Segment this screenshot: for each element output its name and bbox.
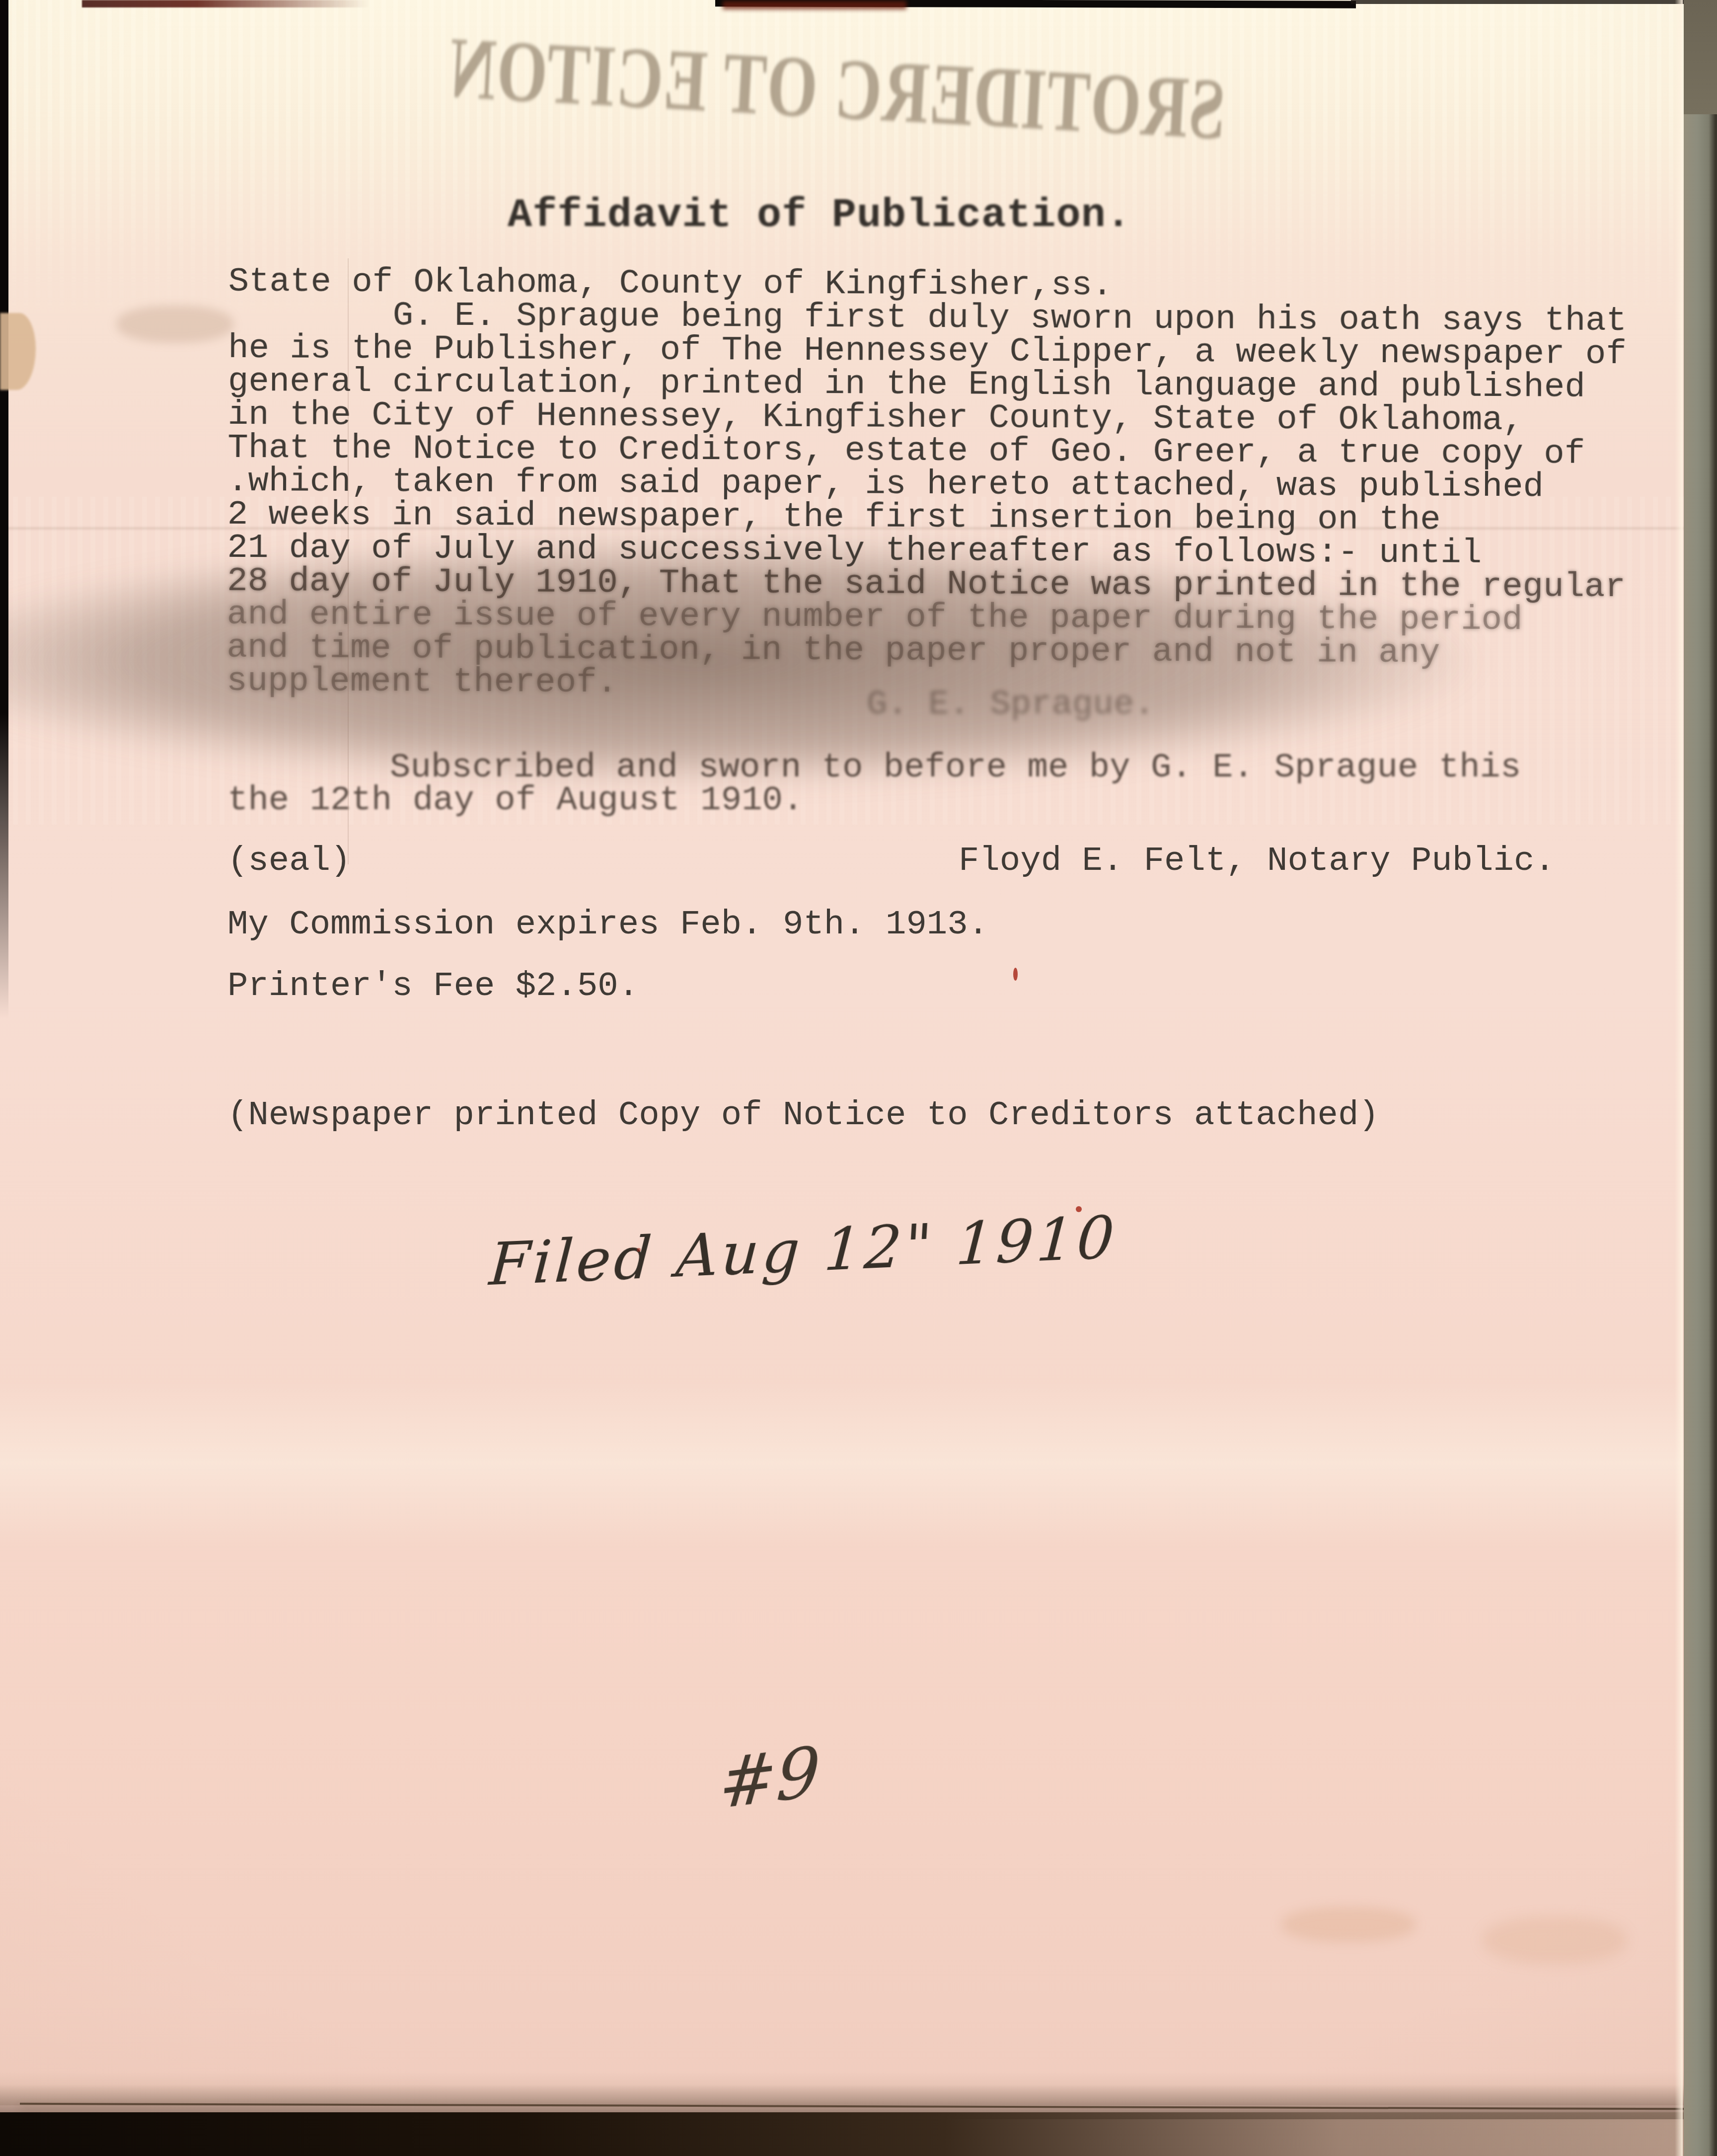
notary-name: Floyd E. Felt, Notary Public.: [959, 845, 1555, 878]
right-backing-strip: [1684, 114, 1717, 2156]
left-edge-torn-notch: [0, 313, 36, 390]
red-ink-speck: [1076, 1206, 1082, 1212]
affidavit-heading: Affidavit of Publication.: [508, 199, 1131, 232]
fold-shadow-band: [0, 507, 1674, 815]
bleed-smudge-left-margin: [117, 306, 233, 343]
commission-expiry-line: My Commission expires Feb. 9th. 1913.: [227, 908, 988, 941]
exhibit-number-handwriting: #9: [717, 1731, 821, 1824]
bottom-edge-shadow: [0, 2112, 1717, 2156]
top-edge-red-mark: [82, 0, 370, 7]
printer-fee-line: Printer's Fee $2.50.: [227, 970, 639, 1003]
fold-light-band: [0, 1381, 1717, 1545]
red-ink-speck: [637, 1248, 641, 1252]
top-right-edge-strip: [1351, 0, 1717, 4]
right-paper-edge-highlight: [1675, 0, 1683, 2156]
scan-seam-line: [348, 258, 349, 864]
red-ink-speck: [1013, 968, 1018, 981]
left-edge-dark-strip: [0, 0, 8, 1018]
seal-label: (seal): [227, 845, 351, 878]
filed-date-handwriting: Filed Aug 12" 1910: [487, 1202, 1119, 1299]
scanned-affidavit-page: SROTIDERC OT ECITON Affidavit of Publica…: [0, 0, 1717, 2156]
bleed-smudge-bottom-2: [1483, 1917, 1627, 1964]
attachment-note: (Newspaper printed Copy of Notice to Cre…: [227, 1099, 1379, 1132]
top-edge-red-smudge: [723, 1, 906, 9]
right-backing-strip-top: [1684, 0, 1717, 115]
bleed-smudge-bottom-1: [1281, 1907, 1416, 1942]
